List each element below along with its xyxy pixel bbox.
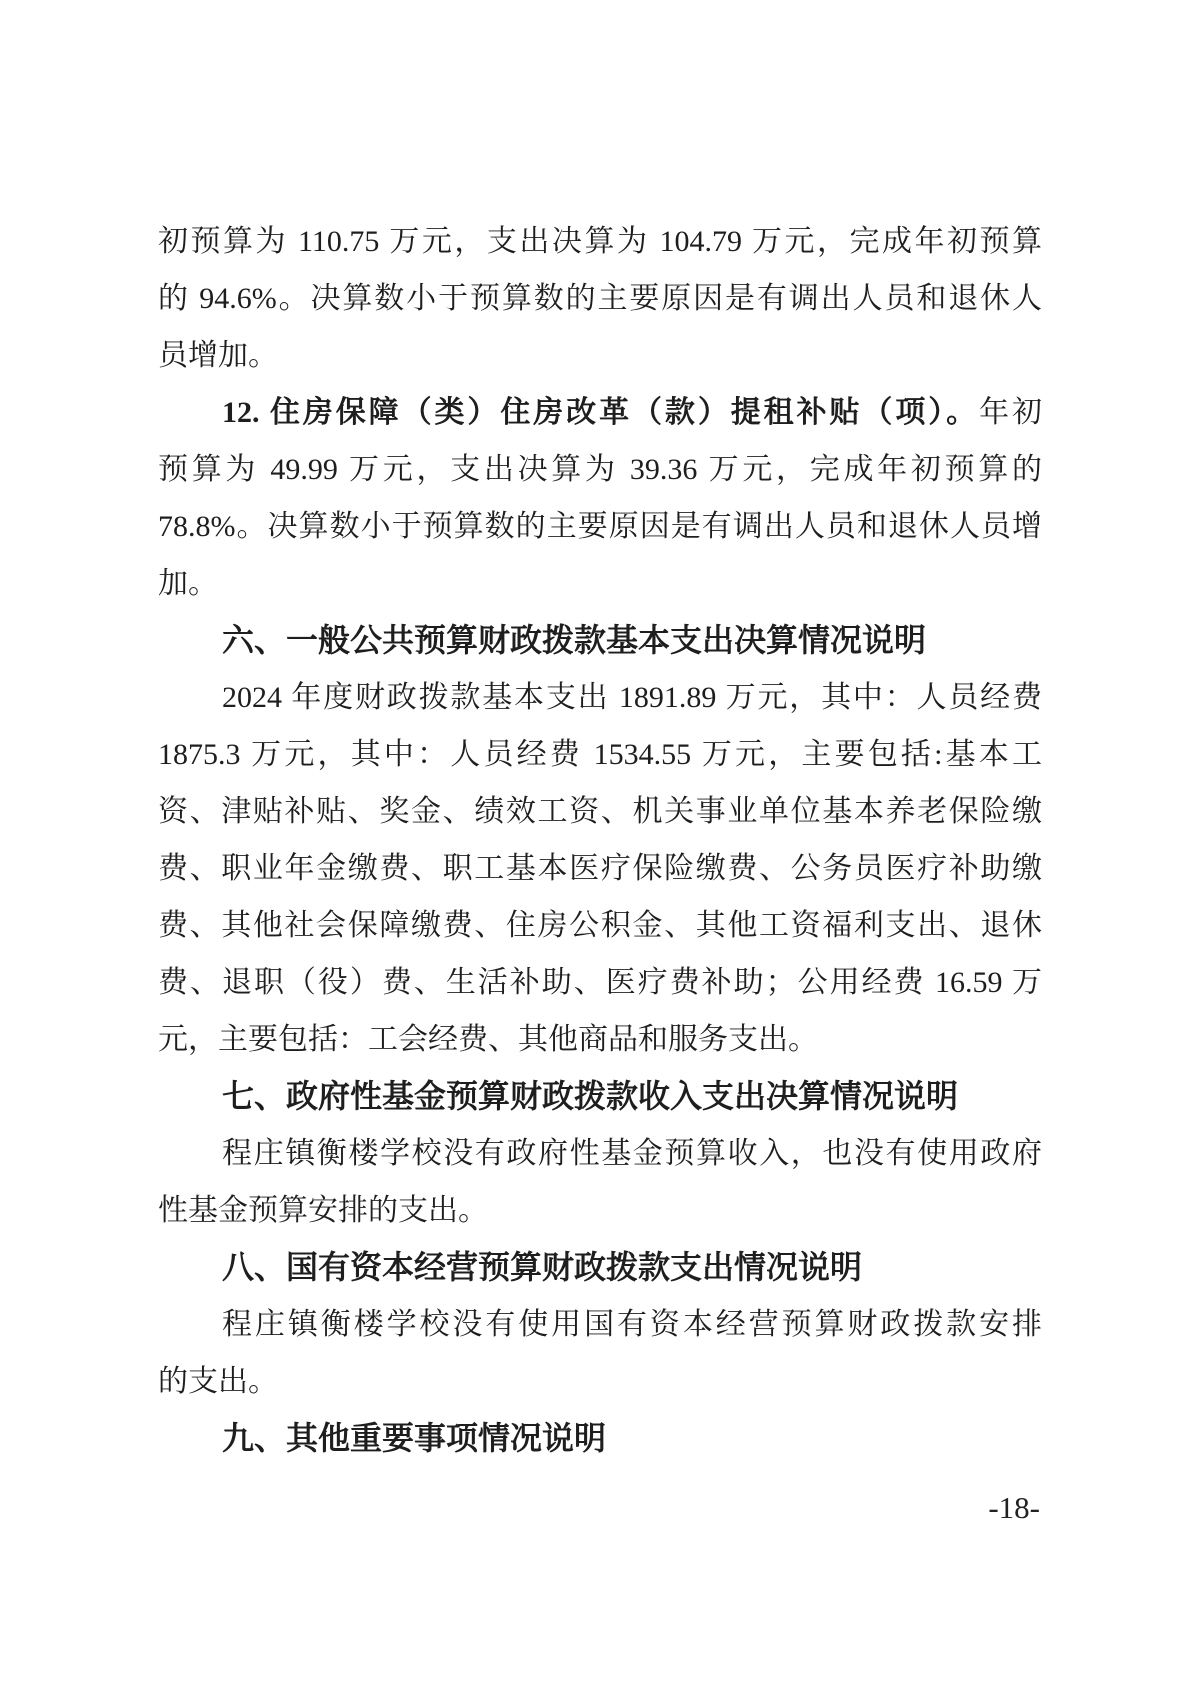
text-line: 的 94.6%。决算数小于预算数的主要原因是有调出人员和退休人 <box>158 270 1042 327</box>
text-line: 程庄镇衡楼学校没有政府性基金预算收入，也没有使用政府 <box>158 1125 1042 1182</box>
text-line: 1875.3 万元，其中：人员经费 1534.55 万元，主要包括:基本工 <box>158 726 1042 783</box>
text-line: 初预算为 110.75 万元，支出决算为 104.79 万元，完成年初预算 <box>158 213 1042 270</box>
text-line: 12. 住房保障（类）住房改革（款）提租补贴（项）。年初 <box>158 384 1042 441</box>
section-heading-eight: 八、国有资本经营预算财政拨款支出情况说明 <box>158 1239 1042 1296</box>
text-run: 年初 <box>979 396 1042 429</box>
section-heading-nine: 九、其他重要事项情况说明 <box>158 1410 1042 1467</box>
section-heading-seven: 七、政府性基金预算财政拨款收入支出决算情况说明 <box>158 1068 1042 1125</box>
text-line: 性基金预算安排的支出。 <box>158 1182 1042 1239</box>
text-line: 费、其他社会保障缴费、住房公积金、其他工资福利支出、退休 <box>158 897 1042 954</box>
item-12-title: 12. 住房保障（类）住房改革（款）提租补贴（项）。 <box>222 396 979 429</box>
text-line: 加。 <box>158 555 1042 612</box>
text-line: 78.8%。决算数小于预算数的主要原因是有调出人员和退休人员增 <box>158 498 1042 555</box>
text-line: 程庄镇衡楼学校没有使用国有资本经营预算财政拨款安排 <box>158 1296 1042 1353</box>
text-line: 的支出。 <box>158 1353 1042 1410</box>
text-line: 预算为 49.99 万元，支出决算为 39.36 万元，完成年初预算的 <box>158 441 1042 498</box>
text-line: 费、退职（役）费、生活补助、医疗费补助；公用经费 16.59 万 <box>158 954 1042 1011</box>
text-line: 员增加。 <box>158 327 1042 384</box>
text-line: 2024 年度财政拨款基本支出 1891.89 万元，其中：人员经费 <box>158 669 1042 726</box>
page-body: 初预算为 110.75 万元，支出决算为 104.79 万元，完成年初预算 的 … <box>158 213 1042 1467</box>
text-line: 费、职业年金缴费、职工基本医疗保险缴费、公务员医疗补助缴 <box>158 840 1042 897</box>
document-page: 初预算为 110.75 万元，支出决算为 104.79 万元，完成年初预算 的 … <box>0 0 1190 1683</box>
page-number: -18- <box>988 1490 1040 1526</box>
section-heading-six: 六、一般公共预算财政拨款基本支出决算情况说明 <box>158 612 1042 669</box>
text-line: 元，主要包括：工会经费、其他商品和服务支出。 <box>158 1011 1042 1068</box>
text-line: 资、津贴补贴、奖金、绩效工资、机关事业单位基本养老保险缴 <box>158 783 1042 840</box>
